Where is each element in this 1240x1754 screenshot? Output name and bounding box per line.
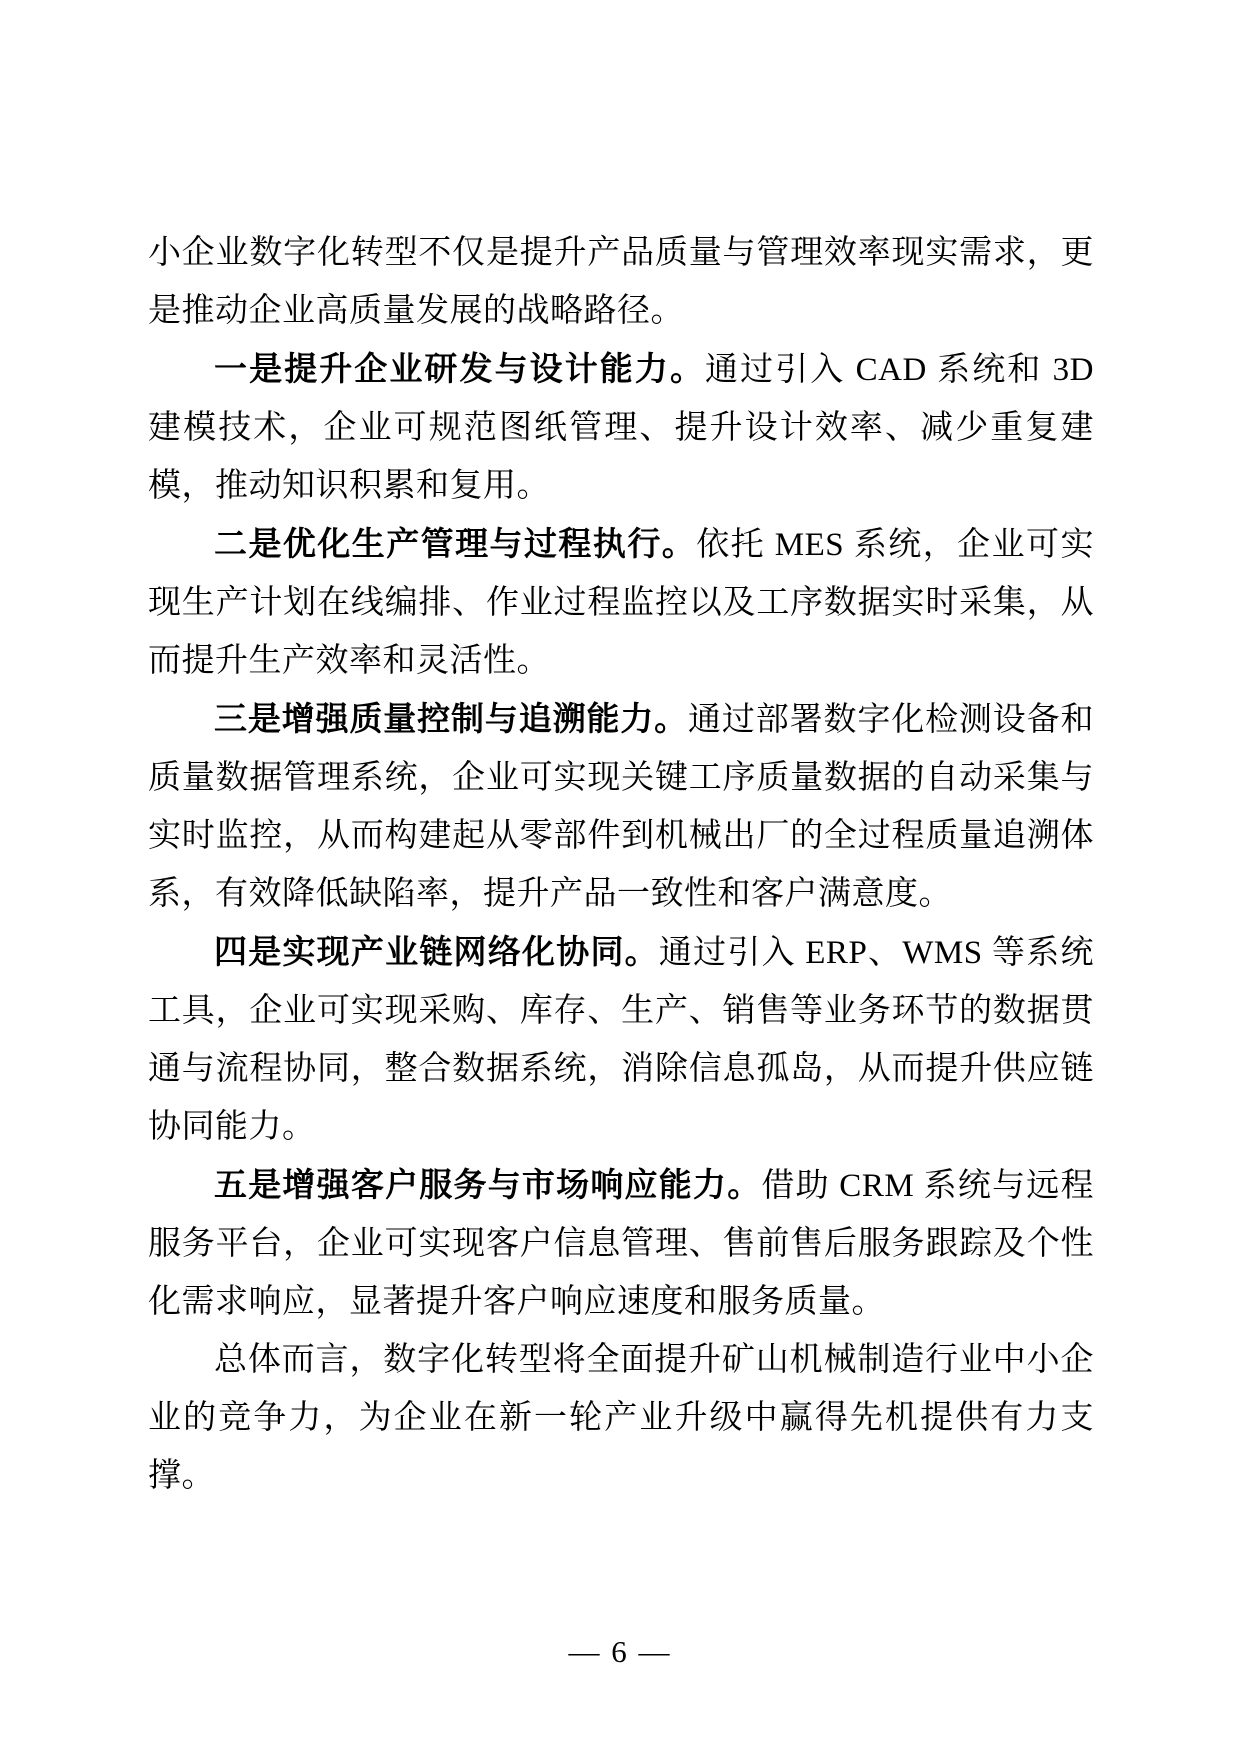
paragraph-lead-bold: 五是增强客户服务与市场响应能力。 xyxy=(214,1166,761,1203)
paragraph-conclusion: 总体而言，数字化转型将全面提升矿山机械制造行业中小企业的竞争力，为企业在新一轮产… xyxy=(148,1331,1094,1505)
paragraph-text: 总体而言，数字化转型将全面提升矿山机械制造行业中小企业的竞争力，为企业在新一轮产… xyxy=(148,1342,1094,1494)
paragraph-point-4: 四是实现产业链网络化协同。通过引入 ERP、WMS 等系统工具，企业可实现采购、… xyxy=(148,923,1094,1156)
paragraph-lead-bold: 三是增强质量控制与追溯能力。 xyxy=(214,700,688,737)
paragraph-lead-bold: 四是实现产业链网络化协同。 xyxy=(214,933,659,970)
page-number: — 6 — xyxy=(569,1634,672,1669)
paragraph-point-1: 一是提升企业研发与设计能力。通过引入 CAD 系统和 3D 建模技术，企业可规范… xyxy=(148,340,1094,515)
paragraph-intro: 小企业数字化转型不仅是提升产品质量与管理效率现实需求，更是推动企业高质量发展的战… xyxy=(148,224,1094,340)
document-body: 小企业数字化转型不仅是提升产品质量与管理效率现实需求，更是推动企业高质量发展的战… xyxy=(148,224,1094,1505)
paragraph-lead-bold: 一是提升企业研发与设计能力。 xyxy=(214,350,705,387)
paragraph-point-3: 三是增强质量控制与追溯能力。通过部署数字化检测设备和质量数据管理系统，企业可实现… xyxy=(148,690,1094,923)
paragraph-point-5: 五是增强客户服务与市场响应能力。借助 CRM 系统与远程服务平台，企业可实现客户… xyxy=(148,1156,1094,1331)
paragraph-point-2: 二是优化生产管理与过程执行。依托 MES 系统，企业可实现生产计划在线编排、作业… xyxy=(148,515,1094,690)
document-page: 小企业数字化转型不仅是提升产品质量与管理效率现实需求，更是推动企业高质量发展的战… xyxy=(0,0,1240,1754)
paragraph-text: 小企业数字化转型不仅是提升产品质量与管理效率现实需求，更是推动企业高质量发展的战… xyxy=(148,235,1094,329)
paragraph-lead-bold: 二是优化生产管理与过程执行。 xyxy=(214,525,696,562)
page-footer: — 6 — xyxy=(0,1632,1240,1672)
